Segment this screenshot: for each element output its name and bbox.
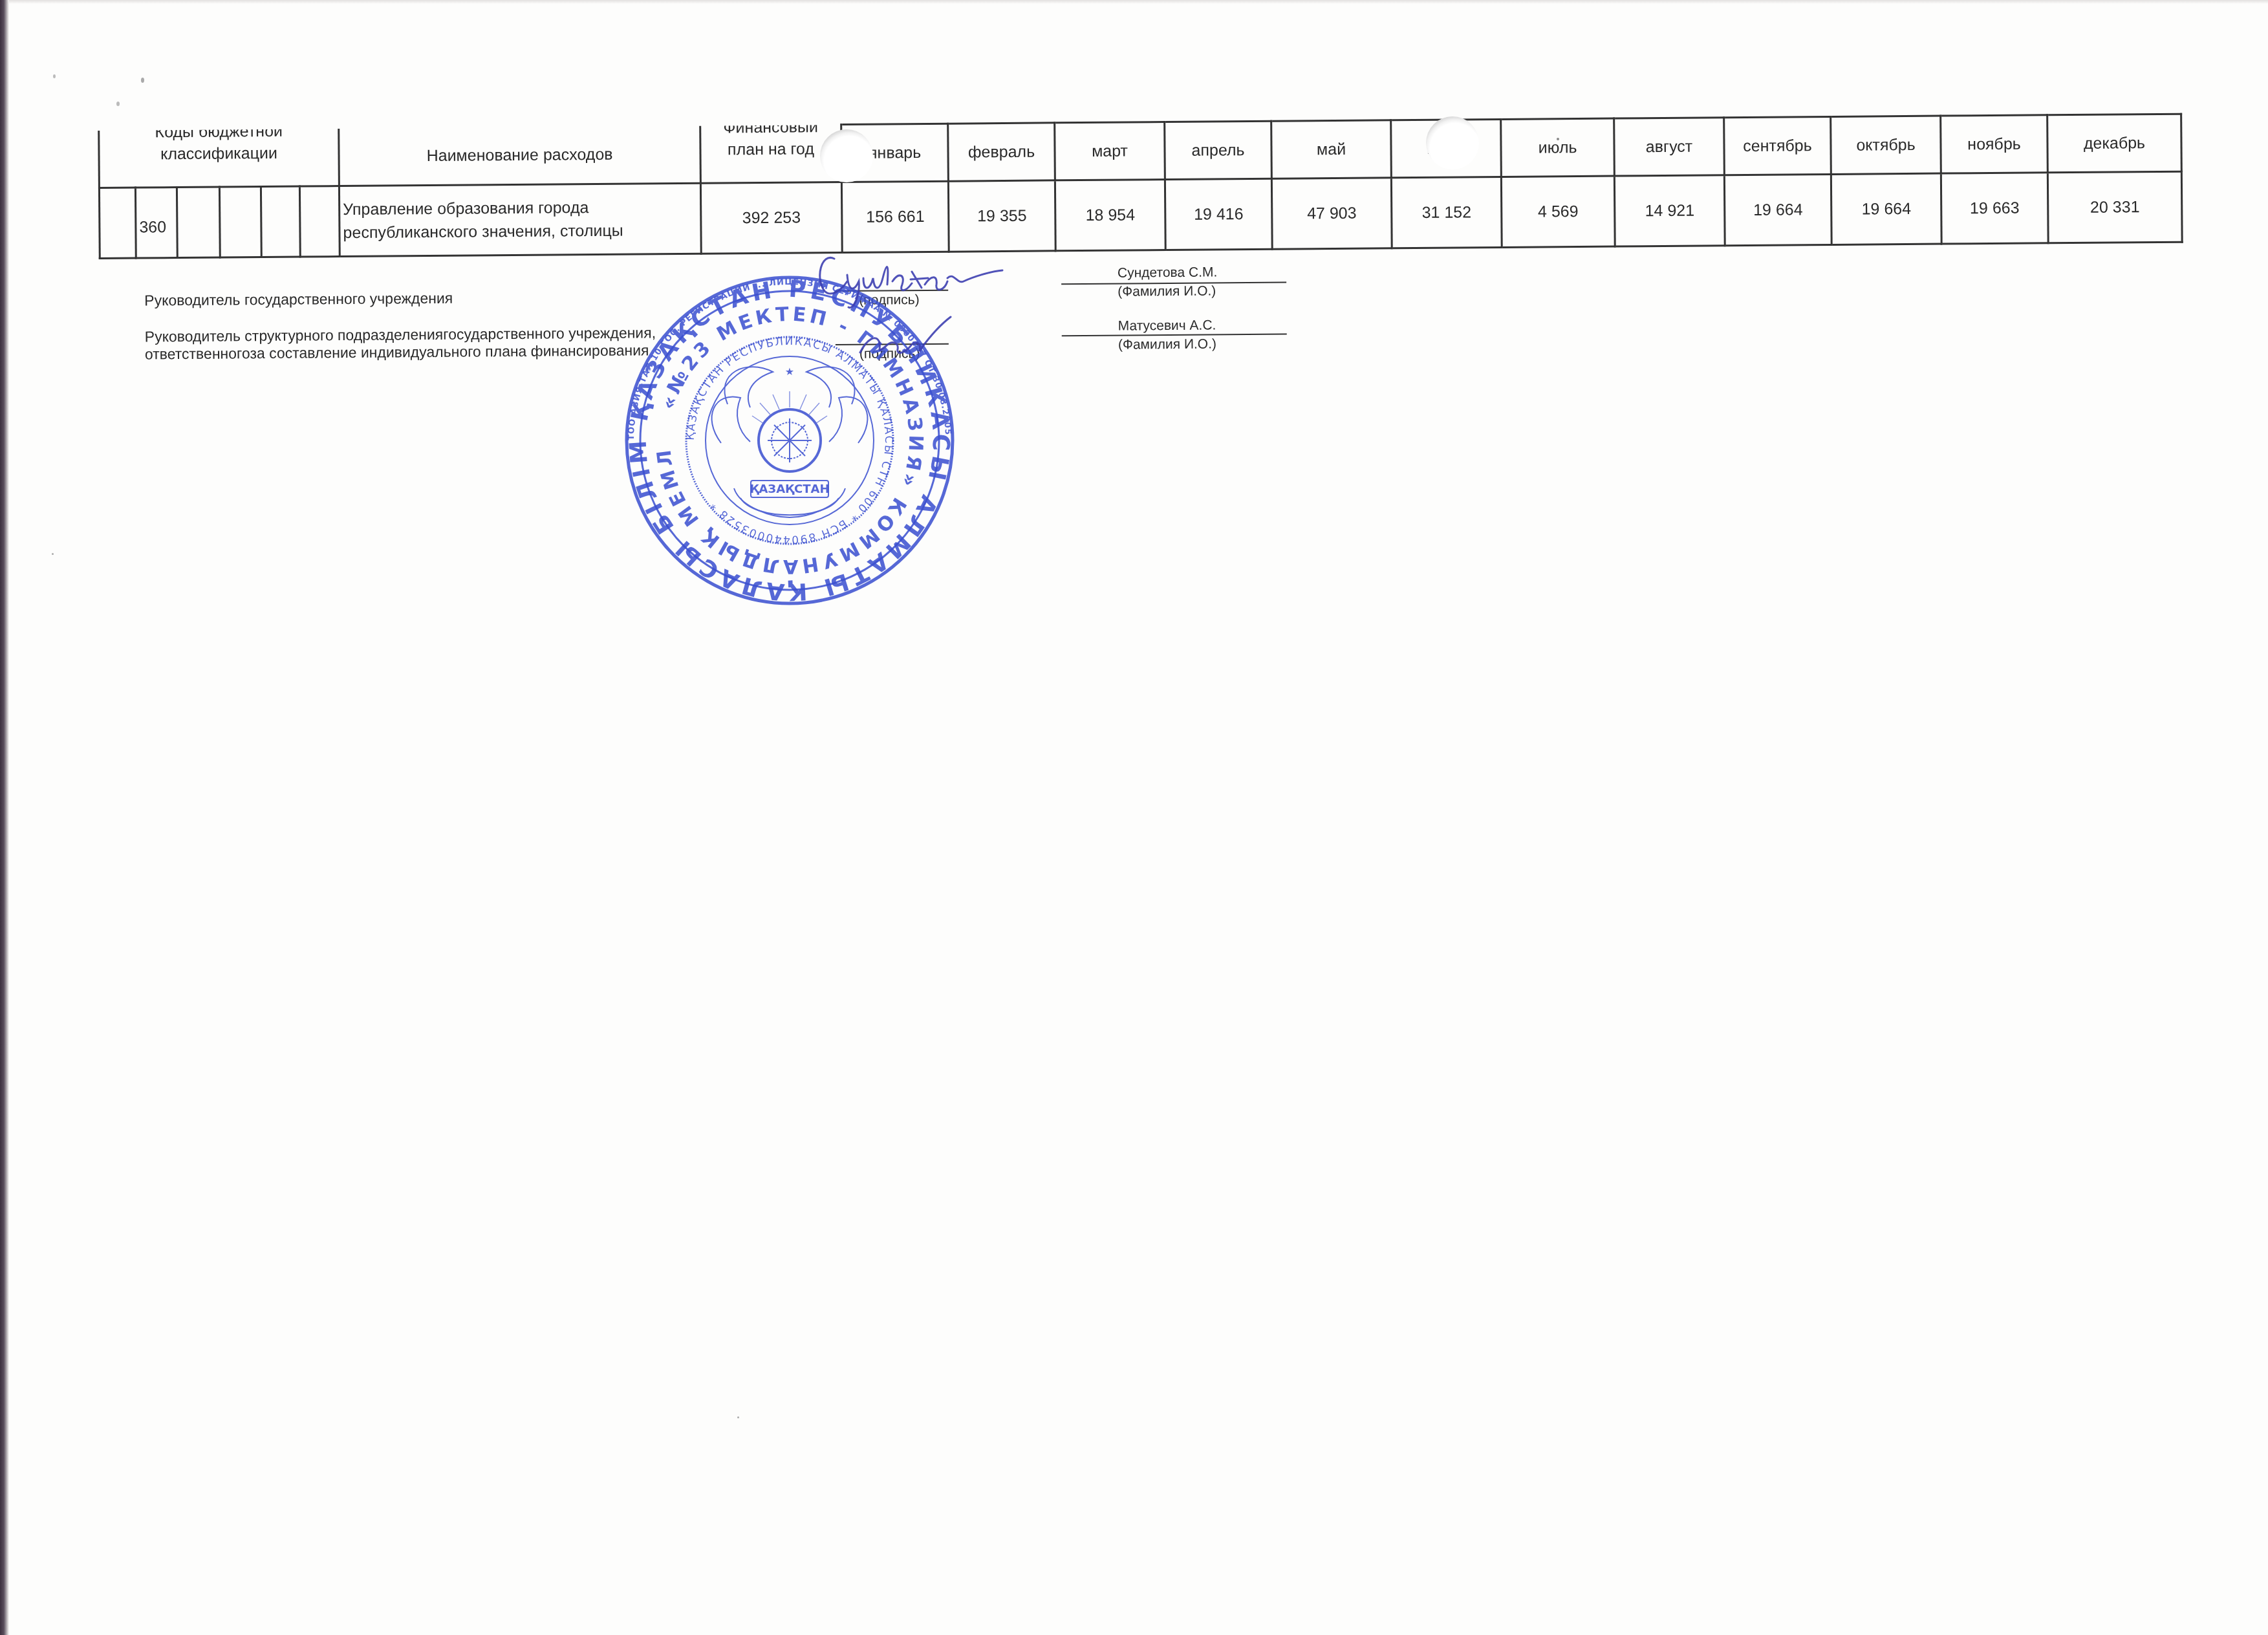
header-name: Наименование расходов: [339, 125, 701, 186]
header-month: август: [1614, 118, 1725, 176]
code-cell: [177, 187, 220, 258]
header-codes-label: Коды бюджетной классификации: [100, 129, 338, 166]
month-label: май: [1317, 140, 1346, 158]
month-value: 156 661: [841, 181, 949, 252]
financing-plan-table: Коды бюджетной классификации Наименовани…: [98, 113, 2183, 259]
hole-punch-mark: [820, 129, 873, 182]
month-value: 20 331: [2047, 171, 2182, 243]
svg-text:★: ★: [785, 365, 794, 378]
month-label: август: [1646, 138, 1693, 157]
month-value: 19 355: [948, 180, 1055, 252]
header-month: октябрь: [1831, 116, 1941, 174]
month-label: октябрь: [1856, 136, 1916, 155]
month-label: ноябрь: [1967, 135, 2021, 154]
header-month: март: [1055, 122, 1165, 180]
code-cell: [219, 187, 261, 257]
code-cell: [99, 188, 136, 258]
month-value: 18 954: [1055, 180, 1165, 251]
month-label: февраль: [968, 143, 1035, 162]
hole-punch-mark: [1426, 116, 1479, 169]
month-value: 19 664: [1724, 174, 1831, 245]
month-value: 47 903: [1271, 178, 1392, 249]
expense-name: Управление образования города республика…: [339, 183, 701, 256]
code-cell: [261, 186, 300, 257]
header-codes: Коды бюджетной классификации: [99, 129, 340, 188]
signatory-1-name: Сундетова С.М.: [1118, 265, 1218, 281]
document-page: Коды бюджетной классификации Наименовани…: [0, 0, 2268, 1635]
signatory-1-role: Руководитель государственного учреждения: [144, 290, 453, 310]
code-cell-admin: 360: [135, 188, 177, 258]
month-value: 14 921: [1614, 175, 1725, 246]
header-month: июль: [1501, 118, 1615, 177]
name-line-2: [1062, 334, 1287, 337]
month-label: апрель: [1191, 141, 1244, 160]
name-caption-2: (Фамилия И.О.): [1118, 336, 1216, 352]
name-caption-1: (Фамилия И.О.): [1118, 283, 1216, 299]
header-name-label: Наименование расходов: [427, 146, 613, 165]
month-value: 4 569: [1501, 176, 1615, 247]
month-label: январь: [869, 144, 921, 162]
month-value: 19 664: [1831, 173, 1941, 244]
month-label: март: [1092, 142, 1128, 160]
annual-plan-value: 392 253: [700, 182, 842, 254]
header-month: февраль: [948, 123, 1055, 181]
month-value: 31 152: [1391, 177, 1502, 248]
code-cell: [299, 186, 340, 257]
header-month: ноябрь: [1941, 115, 2048, 173]
header-month: май: [1271, 120, 1392, 179]
header-month: апрель: [1165, 121, 1272, 179]
month-value: 19 663: [1941, 173, 2048, 244]
signatory-2-name: Матусевич А.С.: [1118, 318, 1216, 334]
stamp-center-text: ҚАЗАҚСТАН: [750, 482, 829, 496]
header-month: сентябрь: [1724, 116, 1831, 175]
month-label: сентябрь: [1743, 136, 1812, 155]
month-label: июль: [1539, 138, 1577, 157]
header-month: декабрь: [2047, 114, 2182, 173]
signatory-2-role-line2: ответственногоза составление индивидуаль…: [145, 341, 649, 363]
month-label: декабрь: [2084, 134, 2145, 153]
month-value: 19 416: [1165, 179, 1272, 250]
signature-sundetova: [808, 246, 1015, 317]
signature-matusevich: [841, 314, 970, 365]
